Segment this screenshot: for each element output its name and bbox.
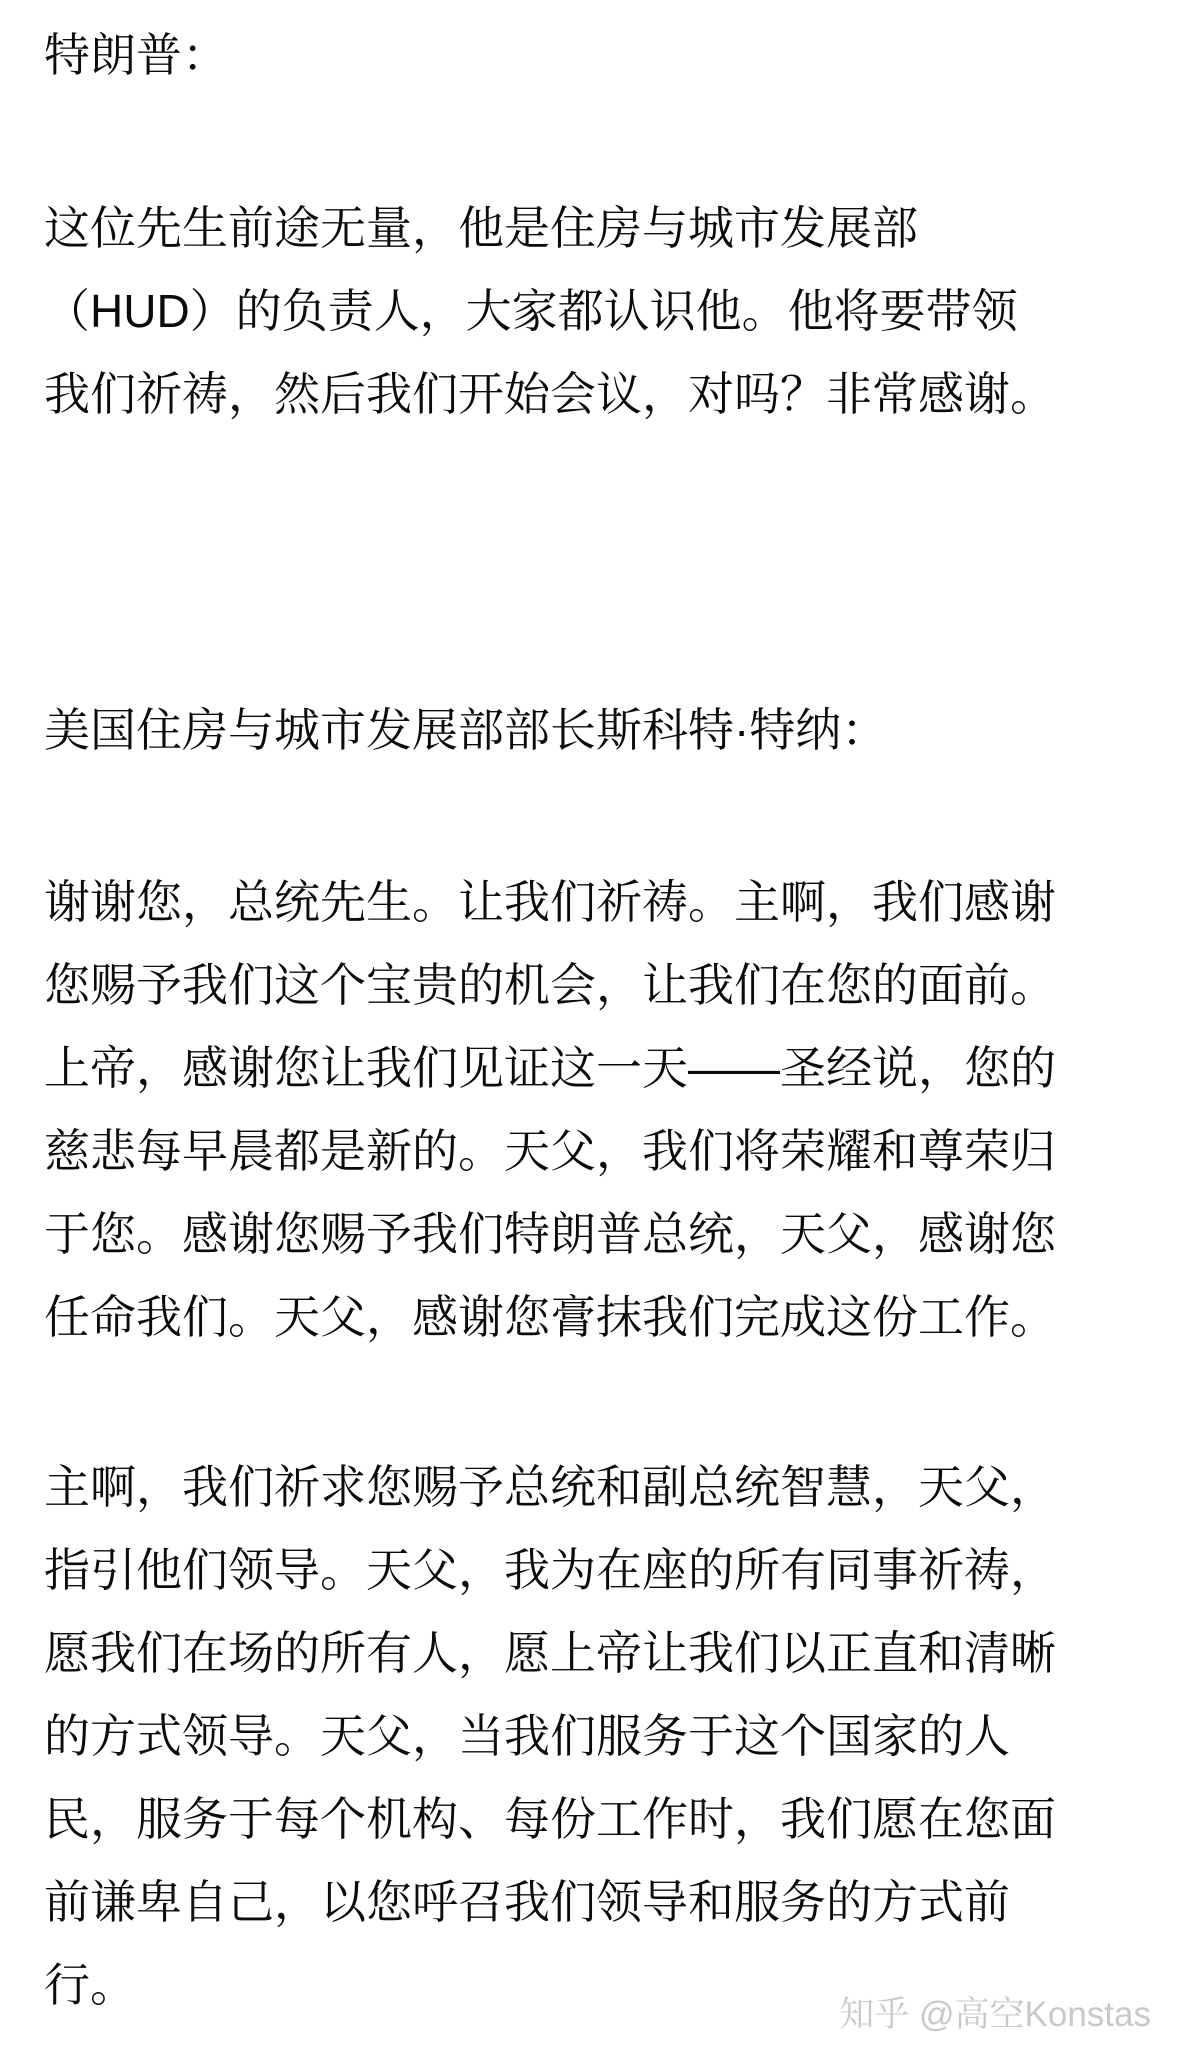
article-body: 特朗普： 这位先生前途无量，他是住房与城市发展部 （HUD）的负责人，大家都认识… xyxy=(0,0,1179,2027)
zhihu-watermark: 知乎 @高空Konstas xyxy=(839,1995,1151,2035)
paragraph-turner-prayer-1: 谢谢您，总统先生。让我们祈祷。主啊，我们感谢 您赐予我们这个宝贵的机会，让我们在… xyxy=(44,861,1135,1359)
speaker-heading-trump: 特朗普： xyxy=(44,14,1135,97)
paragraph-turner-prayer-2: 主啊，我们祈求您赐予总统和副总统智慧，天父， 指引他们领导。天父，我为在座的所有… xyxy=(44,1446,1135,2027)
speaker-heading-hud-secretary-turner: 美国住房与城市发展部部长斯科特·特纳： xyxy=(44,689,1135,772)
paragraph-trump-intro: 这位先生前途无量，他是住房与城市发展部 （HUD）的负责人，大家都认识他。他将要… xyxy=(44,187,1135,436)
